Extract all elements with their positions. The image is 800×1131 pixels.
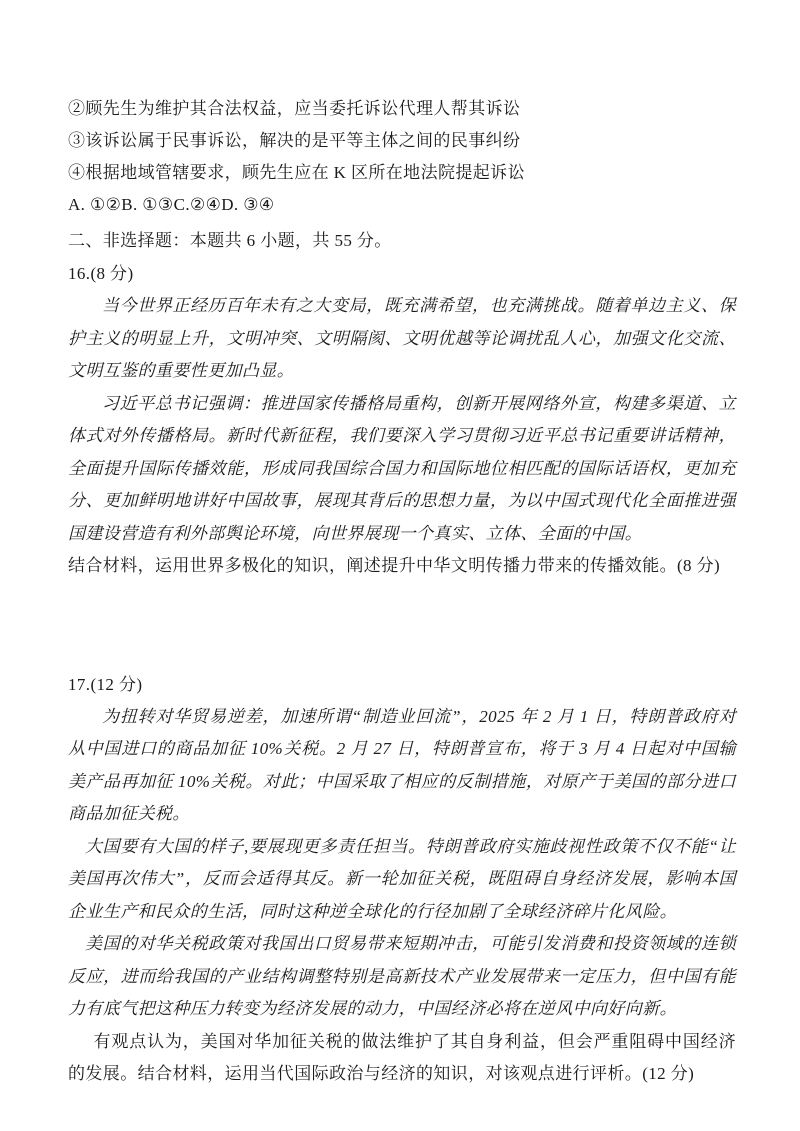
- question-17-material-paragraph-2: 大国要有大国的样子,要展现更多责任担当。特朗普政府实施歧视性政策不仅不能“让美国…: [68, 831, 736, 929]
- page-content: ②顾先生为维护其合法权益，应当委托诉讼代理人帮其诉讼 ③该诉讼属于民事诉讼，解决…: [0, 0, 800, 1091]
- question-16-task: 结合材料，运用世界多极化的知识，阐述提升中华文明传播力带来的传播效能。(8 分): [68, 550, 736, 583]
- question-16-number: 16.(8 分): [68, 257, 736, 290]
- question-16-answer-space: [68, 583, 736, 668]
- question-17-block: 17.(12 分) 为扭转对华贸易逆差，加速所谓“制造业回流”，2025 年 2…: [68, 668, 736, 1091]
- question-16-material-paragraph-1: 当今世界正经历百年未有之大变局，既充满希望，也充满挑战。随着单边主义、保护主义的…: [68, 290, 736, 388]
- question-16-material: 当今世界正经历百年未有之大变局，既充满希望，也充满挑战。随着单边主义、保护主义的…: [68, 290, 736, 583]
- question-17-number: 17.(12 分): [68, 668, 736, 701]
- question-17-material-paragraph-3: 美国的对华关税政策对我国出口贸易带来短期冲击，可能引发消费和投资领域的连锁反应，…: [68, 928, 736, 1026]
- question-16-block: 16.(8 分) 当今世界正经历百年未有之大变局，既充满希望，也充满挑战。随着单…: [68, 257, 736, 668]
- question-15-block: ②顾先生为维护其合法权益，应当委托诉讼代理人帮其诉讼 ③该诉讼属于民事诉讼，解决…: [68, 93, 736, 221]
- question-15-statement-2: ②顾先生为维护其合法权益，应当委托诉讼代理人帮其诉讼: [68, 93, 736, 125]
- question-17-material-paragraph-1: 为扭转对华贸易逆差，加速所谓“制造业回流”，2025 年 2 月 1 日，特朗普…: [68, 701, 736, 831]
- exam-paper-page: ②顾先生为维护其合法权益，应当委托诉讼代理人帮其诉讼 ③该诉讼属于民事诉讼，解决…: [0, 0, 800, 1131]
- question-16-material-paragraph-2: 习近平总书记强调：推进国家传播格局重构，创新开展网络外宣，构建多渠道、立体式对外…: [68, 388, 736, 551]
- question-15-options: A. ①②B. ①③C.②④D. ③④: [68, 189, 736, 221]
- section-2-header: 二、非选择题：本题共 6 小题，共 55 分。: [68, 224, 736, 257]
- question-17-material: 为扭转对华贸易逆差，加速所谓“制造业回流”，2025 年 2 月 1 日，特朗普…: [68, 701, 736, 1091]
- question-17-task: 有观点认为，美国对华加征关税的做法维护了其自身利益，但会严重阻碍中国经济的发展。…: [68, 1026, 736, 1091]
- question-15-statement-3: ③该诉讼属于民事诉讼，解决的是平等主体之间的民事纠纷: [68, 125, 736, 157]
- question-15-statement-4: ④根据地域管辖要求，顾先生应在 K 区所在地法院提起诉讼: [68, 157, 736, 189]
